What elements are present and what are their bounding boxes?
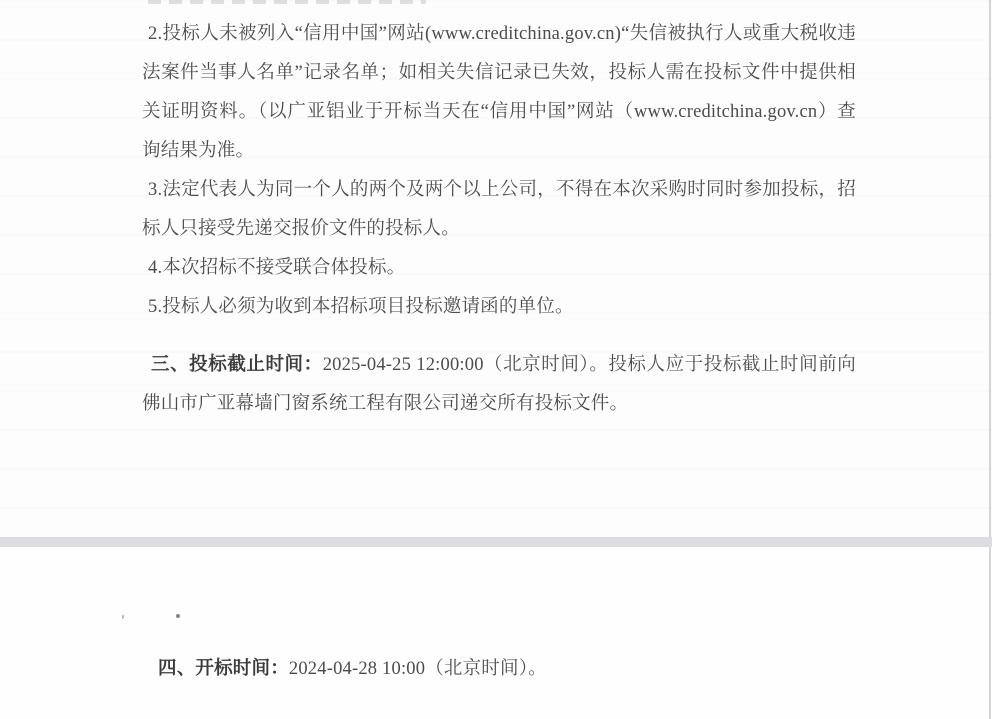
document-page-1: 2.投标人未被列入“信用中国”网站(www.creditchina.gov.cn… [0, 0, 992, 537]
clause-2: 2.投标人未被列入“信用中国”网站(www.creditchina.gov.cn… [142, 15, 856, 171]
bid-opening-text: 2024-04-28 10:00（北京时间）。 [289, 659, 547, 679]
bid-deadline-label: 三、投标截止时间： [151, 355, 323, 375]
section-bid-opening: 四、开标时间：2024-04-28 10:00（北京时间）。 [158, 650, 547, 689]
page-1-text-block: 2.投标人未被列入“信用中国”网站(www.creditchina.gov.cn… [142, 15, 856, 424]
clause-5: 5.投标人必须为收到本招标项目投标邀请函的单位。 [142, 288, 856, 327]
section-bid-deadline: 三、投标截止时间：2025-04-25 12:00:00（北京时间）。投标人应于… [142, 346, 856, 424]
bid-opening-label: 四、开标时间： [158, 659, 289, 679]
document-viewer: 2.投标人未被列入“信用中国”网站(www.creditchina.gov.cn… [0, 0, 992, 719]
document-page-2: 四、开标时间：2024-04-28 10:00（北京时间）。 [0, 547, 992, 719]
clipped-text-remnant [148, 0, 426, 4]
page-gap-divider [0, 537, 992, 547]
scan-right-edge-line [989, 0, 991, 719]
scan-artifact-dot [176, 614, 180, 618]
clause-3: 3.法定代表人为同一个人的两个及两个以上公司，不得在本次采购时同时参加投标，招标… [142, 171, 856, 249]
clause-4: 4.本次招标不接受联合体投标。 [142, 249, 856, 288]
page-2-text-block: 四、开标时间：2024-04-28 10:00（北京时间）。 [158, 650, 547, 689]
scan-artifact-speck [122, 615, 125, 619]
